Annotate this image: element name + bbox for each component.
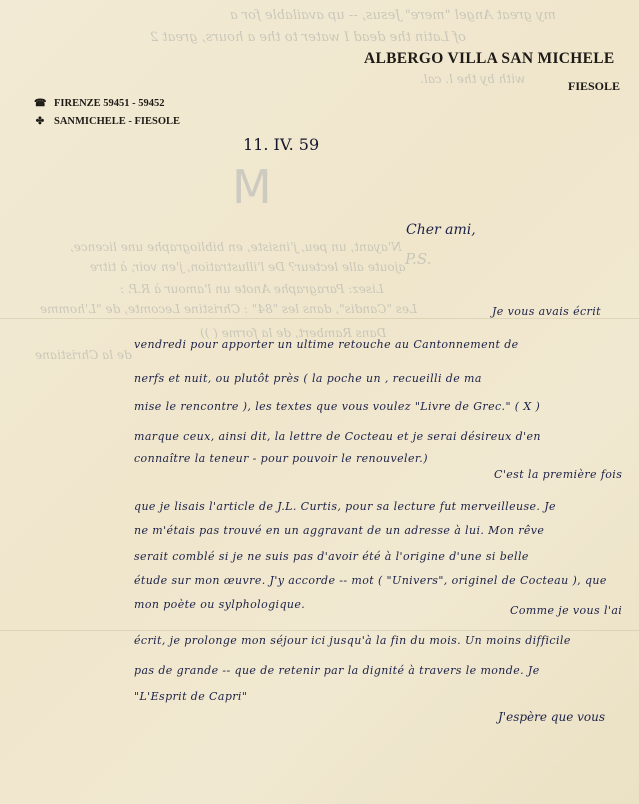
- letter-line: connaître la teneur - pour pouvoir le re…: [134, 452, 428, 465]
- letter-line: marque ceux, ainsi dit, la lettre de Coc…: [134, 430, 541, 443]
- bleed-through-mark: M: [232, 160, 272, 214]
- bleed-through-text: my great Angel "mere" Jesus, -- up avail…: [230, 8, 556, 23]
- letter-page: my great Angel "mere" Jesus, -- up avail…: [0, 0, 639, 804]
- phone-number: FIRENZE 59451 - 59452: [54, 98, 165, 109]
- letter-line: vendredi pour apporter un ultime retouch…: [134, 338, 519, 351]
- bleed-through-text: of Latin the dead I water to the a hours…: [150, 30, 466, 45]
- letter-line: pas de grande -- que de retenir par la d…: [134, 664, 540, 677]
- paper-fold: [0, 630, 639, 631]
- telegraph-line: ✤ SANMICHELE - FIESOLE: [34, 116, 180, 127]
- bleed-through-text: with by the l. cal.: [420, 72, 525, 86]
- hotel-name: ALBERGO VILLA SAN MICHELE: [364, 50, 615, 68]
- phone-line: ☎ FIRENZE 59451 - 59452: [34, 98, 165, 109]
- paper-fold: [0, 318, 639, 319]
- letter-line: "L'Esprit de Capri": [134, 690, 247, 703]
- salutation: Cher ami,: [406, 222, 476, 238]
- bleed-through-text: P.S.: [405, 250, 431, 268]
- bleed-through-text: Lisez: Paragraphe Anote un l'amour à R.P…: [120, 282, 384, 296]
- bleed-through-text: N'ayant, un peu, j'insiste, en bibliogra…: [70, 240, 402, 254]
- letter-line: Comme je vous l'ai: [510, 604, 622, 617]
- letter-line: C'est la première fois: [494, 468, 622, 481]
- closing-line: J'espère que vous: [498, 710, 605, 724]
- letter-line: serait comblé si je ne suis pas d'avoir …: [134, 550, 529, 563]
- letter-line: Je vous avais écrit: [492, 305, 601, 318]
- letter-line: écrit, je prolonge mon séjour ici jusqu'…: [134, 634, 571, 647]
- letter-line: que je lisais l'article de J.L. Curtis, …: [134, 500, 556, 513]
- letter-line: nerfs et nuit, ou plutôt près ( la poche…: [134, 372, 482, 385]
- telegraph-address: SANMICHELE - FIESOLE: [54, 116, 180, 127]
- bleed-through-text: ajoute alle lecteur? De l'illustration, …: [90, 260, 405, 274]
- bleed-through-text: Les "Candis", dans les "84" : Christine …: [40, 302, 417, 316]
- letter-date: 11. IV. 59: [243, 135, 319, 154]
- letter-line: mon poète ou sylphologique.: [134, 598, 305, 611]
- letter-line: ne m'étais pas trouvé en un aggravant de…: [134, 524, 544, 537]
- letter-line: mise le rencontre ), les textes que vous…: [134, 400, 540, 413]
- telegraph-icon: ✤: [34, 116, 46, 127]
- telephone-icon: ☎: [34, 98, 46, 109]
- letter-line: étude sur mon œuvre. J'y accorde -- mot …: [134, 574, 607, 587]
- hotel-city: FIESOLE: [568, 79, 620, 94]
- bleed-through-text: de la Christiane: [35, 348, 132, 362]
